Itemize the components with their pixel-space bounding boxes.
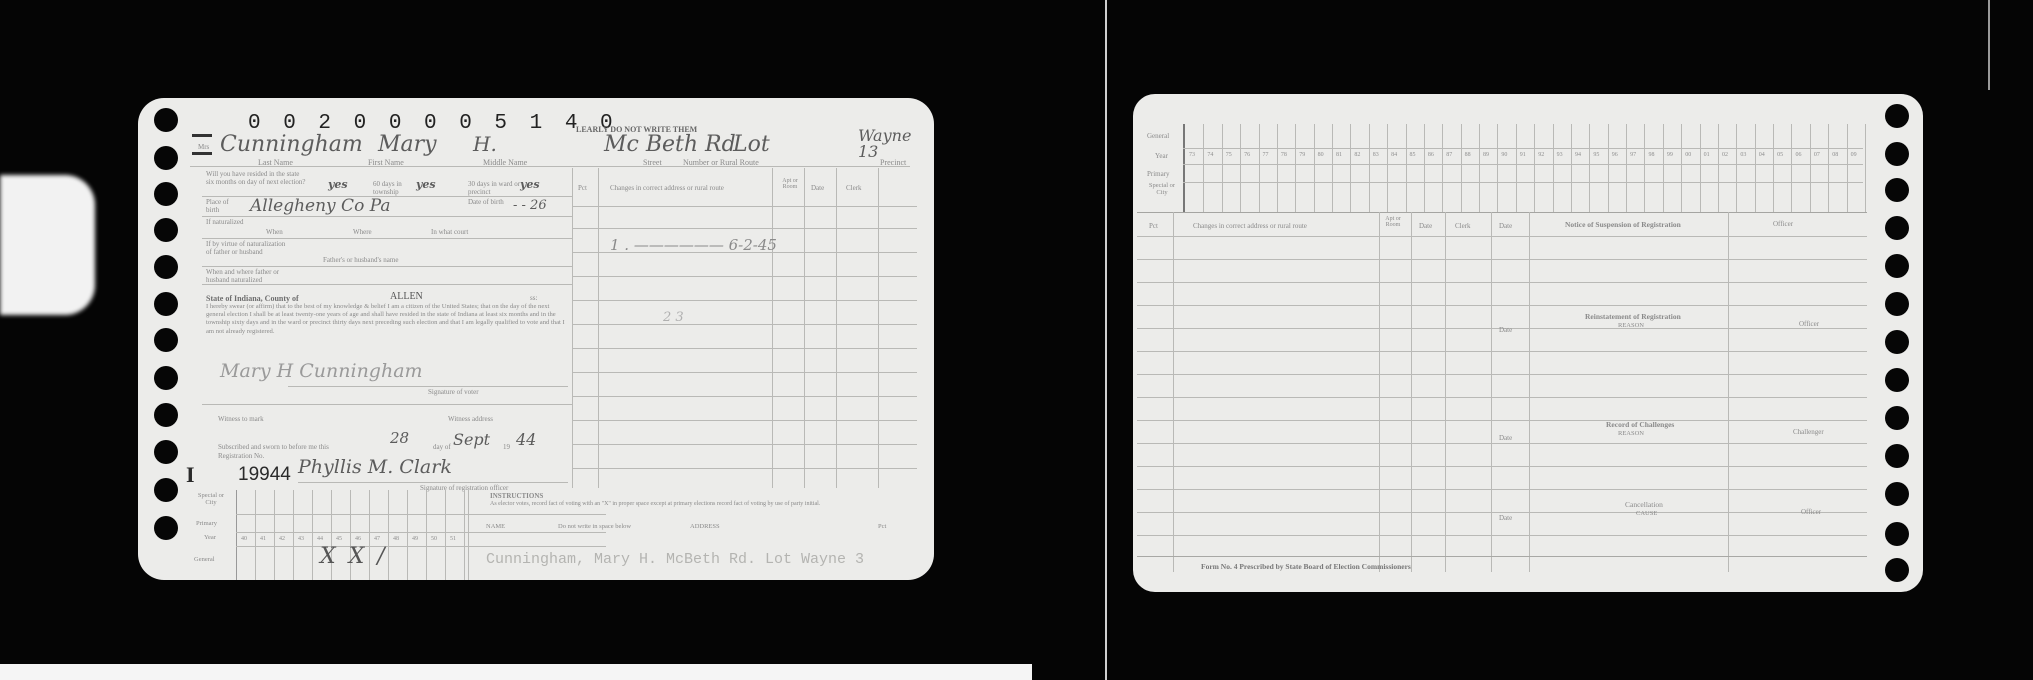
- residency-township-answer: yes: [416, 178, 436, 191]
- address-change-entry-1: 1 . —————— 6-2-45: [610, 236, 777, 254]
- cancellation-officer-label: Officer: [1801, 508, 1821, 516]
- naturalized-court-label: In what court: [431, 228, 468, 236]
- punch-hole: [154, 108, 178, 132]
- year-prefix: 19: [503, 443, 510, 451]
- col-header-changes: Changes in correct address or rural rout…: [610, 184, 724, 192]
- challenges-reason: REASON: [1618, 430, 1644, 437]
- year-cell: 40: [241, 536, 247, 542]
- grid-row-primary: Primary: [196, 520, 217, 527]
- grid-column-divider: [426, 490, 427, 580]
- middle-name-value: H.: [473, 132, 497, 156]
- ledger-row-line: [1137, 236, 1867, 237]
- punch-hole: [1885, 558, 1909, 582]
- grid-column-divider: [1534, 124, 1535, 212]
- grid-row-general: General: [194, 556, 215, 563]
- punch-hole: [154, 478, 178, 502]
- year-cell: 91: [1520, 152, 1526, 158]
- grid-row-special: Special or City: [1145, 182, 1179, 196]
- grid-column-divider: [1571, 124, 1572, 212]
- first-name-label: First Name: [368, 158, 404, 167]
- reinstatement-date-label: Date: [1499, 326, 1512, 334]
- registration-number: 19944: [238, 464, 291, 486]
- grid-column-divider: [1589, 124, 1590, 212]
- voter-signature: Mary H Cunningham: [220, 360, 423, 382]
- punch-hole: [1885, 254, 1909, 278]
- grid-column-divider: [1700, 124, 1701, 212]
- officer-signature: Phyllis M. Clark: [298, 456, 452, 478]
- year-cell: 87: [1446, 152, 1452, 158]
- punch-hole: [1885, 406, 1909, 430]
- number-label: Number or Rural Route: [683, 158, 759, 167]
- voter-signature-label: Signature of voter: [428, 388, 479, 396]
- grid-column-divider: [407, 490, 408, 580]
- year-cell: 82: [1354, 152, 1360, 158]
- challenges-challenger-label: Challenger: [1793, 428, 1824, 436]
- grid-column-divider: [1791, 124, 1792, 212]
- when-where-label: When and where father or husband natural…: [206, 268, 286, 284]
- punch-hole: [154, 366, 178, 390]
- year-cell: 90: [1501, 152, 1507, 158]
- suspension-title: Notice of Suspension of Registration: [1565, 220, 1681, 229]
- grid-column-divider: [1203, 124, 1204, 212]
- year-cell: 50: [431, 536, 437, 542]
- instructions-name-label: NAME: [486, 523, 505, 530]
- frame-divider: [1105, 0, 1107, 680]
- grid-column-divider: [1222, 124, 1223, 212]
- address-change-entry-2: 2 3: [663, 310, 684, 325]
- punch-hole: [154, 403, 178, 427]
- last-name-value: Cunningham: [220, 132, 363, 157]
- oath-ss: ss:: [530, 294, 537, 302]
- grid-column-divider: [1847, 124, 1848, 212]
- year-cell: 47: [374, 536, 380, 542]
- year-cell: 80: [1318, 152, 1324, 158]
- grid-column-divider: [1314, 124, 1315, 212]
- grid-column-divider: [1736, 124, 1737, 212]
- street-value: Mc Beth Rd: [604, 132, 736, 157]
- punch-hole: [1885, 482, 1909, 506]
- ledger-row-line: [1137, 397, 1867, 398]
- punch-hole: [154, 182, 178, 206]
- registration-card-front: 0 0 2 0 0 0 0 5 1 4 0 LEARLY DO NOT WRIT…: [138, 98, 934, 580]
- subscribed-month: Sept: [453, 430, 490, 449]
- grid-column-divider: [1277, 124, 1278, 212]
- year-cell: 81: [1336, 152, 1342, 158]
- grid-column-divider: [1865, 124, 1866, 212]
- cancellation-date-label: Date: [1499, 514, 1512, 522]
- year-cell: 06: [1795, 152, 1801, 158]
- instructions-text: As elector votes, record fact of voting …: [490, 501, 910, 508]
- year-cell: 42: [279, 536, 285, 542]
- punch-hole: [154, 328, 178, 352]
- witness-label: Witness to mark: [218, 415, 264, 423]
- middle-name-label: Middle Name: [483, 158, 527, 167]
- place-of-birth-label: Place of birth: [206, 198, 242, 214]
- col-header-apt: Apt or Room: [1379, 216, 1407, 228]
- year-cell: 51: [450, 536, 456, 542]
- punch-hole: [154, 218, 178, 242]
- year-cell: 85: [1410, 152, 1416, 158]
- year-cell: 03: [1740, 152, 1746, 158]
- year-cell: 79: [1299, 152, 1305, 158]
- scan-glare: [0, 175, 95, 315]
- punch-hole: [1885, 330, 1909, 354]
- punch-hole: [154, 255, 178, 279]
- punch-hole: [1885, 292, 1909, 316]
- year-cell: 44: [317, 536, 323, 542]
- naturalized-when-label: When: [266, 228, 283, 236]
- year-cell: 48: [393, 536, 399, 542]
- grid-column-divider: [1332, 124, 1333, 212]
- grid-column-divider: [1295, 124, 1296, 212]
- strike-marks: [192, 134, 212, 137]
- year-cell: 73: [1189, 152, 1195, 158]
- grid-row-general: General: [1147, 132, 1169, 140]
- year-cell: 94: [1575, 152, 1581, 158]
- residency-state-answer: yes: [328, 178, 348, 191]
- col-header-changes: Changes in correct address or rural rout…: [1193, 222, 1307, 230]
- subscribed-year: 44: [516, 430, 536, 449]
- year-cell: 49: [412, 536, 418, 542]
- grid-column-divider: [1773, 124, 1774, 212]
- prefix-label: Mrs: [198, 143, 209, 151]
- year-cell: 76: [1244, 152, 1250, 158]
- residency-state-question: Will you have resided in the state six m…: [206, 170, 306, 186]
- grid-column-divider: [1553, 124, 1554, 212]
- day-of-label: day of: [433, 443, 451, 451]
- year-cell: 97: [1630, 152, 1636, 158]
- naturalized-where-label: Where: [353, 228, 372, 236]
- grid-column-divider: [1644, 124, 1645, 212]
- year-cell: 05: [1777, 152, 1783, 158]
- year-cell: 02: [1722, 152, 1728, 158]
- col-header-pct: Pct: [1149, 222, 1158, 230]
- ledger-row-line: [1137, 489, 1867, 490]
- grid-column-divider: [445, 490, 446, 580]
- precinct-value: Wayne 13: [858, 128, 918, 160]
- year-cell: 07: [1814, 152, 1820, 158]
- instructions-address-label: ADDRESS: [690, 523, 720, 530]
- grid-column-divider: [1442, 124, 1443, 212]
- place-of-birth-value: Allegheny Co Pa: [250, 196, 391, 216]
- series-letter: I: [186, 462, 195, 488]
- grid-column-divider: [312, 490, 313, 580]
- oath-text: I hereby swear (or affirm) that to the b…: [206, 303, 566, 336]
- year-cell: 74: [1207, 152, 1213, 158]
- naturalized-label: If naturalized: [206, 218, 246, 226]
- residency-ward-answer: yes: [520, 178, 540, 191]
- year-cell: 43: [298, 536, 304, 542]
- grid-row-special: Special or City: [196, 492, 226, 506]
- typed-index-line: Cunningham, Mary H. McBeth Rd. Lot Wayne…: [486, 551, 864, 568]
- witness-address-label: Witness address: [448, 415, 493, 423]
- punch-hole: [154, 440, 178, 464]
- year-cell: 75: [1226, 152, 1232, 158]
- cancellation-cause: CAUSE: [1636, 510, 1657, 517]
- ledger-row-line: [1137, 466, 1867, 467]
- year-cell: 08: [1832, 152, 1838, 158]
- punch-hole: [154, 292, 178, 316]
- grid-column-divider: [1497, 124, 1498, 212]
- grid-column-divider: [293, 490, 294, 580]
- grid-row-primary: Primary: [1147, 170, 1170, 178]
- grid-column-divider: [1479, 124, 1480, 212]
- ledger-row-line: [1137, 374, 1867, 375]
- year-cell: 93: [1557, 152, 1563, 158]
- year-cell: 99: [1667, 152, 1673, 158]
- grid-column-divider: [1461, 124, 1462, 212]
- grid-column-divider: [274, 490, 275, 580]
- ledger-row-line: [1137, 305, 1867, 306]
- year-cell: 77: [1263, 152, 1269, 158]
- grid-column-divider: [1828, 124, 1829, 212]
- year-cell: 78: [1281, 152, 1287, 158]
- by-virtue-label: If by virtue of naturalization of father…: [206, 240, 286, 256]
- year-cell: 98: [1648, 152, 1654, 158]
- subscribed-day: 28: [390, 429, 409, 447]
- instructions-do-not-write: Do not write in space below: [558, 523, 631, 530]
- grid-column-divider: [1424, 124, 1425, 212]
- punch-hole: [1885, 178, 1909, 202]
- grid-column-divider: [1387, 124, 1388, 212]
- punch-hole: [1885, 142, 1909, 166]
- reinstatement-title: Reinstatement of Registration: [1585, 312, 1681, 321]
- ledger-row-line: [1137, 512, 1867, 513]
- col-header-date: Date: [1419, 222, 1432, 230]
- col-header-clerk: Clerk: [1455, 222, 1471, 230]
- cancellation-title: Cancellation: [1625, 500, 1663, 509]
- punch-hole: [1885, 444, 1909, 468]
- year-cell: 01: [1704, 152, 1710, 158]
- col-header-apt: Apt or Room: [776, 178, 804, 190]
- instructions-pct-label: Pct: [878, 523, 886, 530]
- grid-column-divider: [1810, 124, 1811, 212]
- grid-column-divider: [388, 490, 389, 580]
- punch-hole: [154, 146, 178, 170]
- ledger-row-line: [1137, 282, 1867, 283]
- ledger-row-line: [1137, 535, 1867, 536]
- year-cell: 00: [1685, 152, 1691, 158]
- punch-hole: [1885, 216, 1909, 240]
- grid-column-divider: [255, 490, 256, 580]
- date-of-birth-label: Date of birth: [468, 198, 504, 206]
- first-name-value: Mary: [378, 132, 437, 157]
- grid-column-divider: [1718, 124, 1719, 212]
- year-cell: 09: [1851, 152, 1857, 158]
- ledger-row-line: [1137, 420, 1867, 421]
- suspension-date-label: Date: [1499, 222, 1512, 230]
- street-label: Street: [643, 158, 662, 167]
- year-cell: 88: [1465, 152, 1471, 158]
- ledger-row-line: [1137, 351, 1867, 352]
- year-cell: 45: [336, 536, 342, 542]
- year-cell: 95: [1593, 152, 1599, 158]
- form-footer: Form No. 4 Prescribed by State Board of …: [1201, 562, 1411, 571]
- year-cell: 46: [355, 536, 361, 542]
- grid-column-divider: [1369, 124, 1370, 212]
- challenges-title: Record of Challenges: [1606, 420, 1674, 429]
- year-cell: 89: [1483, 152, 1489, 158]
- scan-white-strip: [0, 664, 1032, 680]
- subscribed-text: Subscribed and sworn to before me this: [218, 443, 329, 451]
- grid-row-year: Year: [1155, 152, 1168, 160]
- col-header-pct: Pct: [578, 184, 587, 192]
- col-header-clerk: Clerk: [846, 184, 862, 192]
- grid-column-divider: [1663, 124, 1664, 212]
- grid-column-divider: [1516, 124, 1517, 212]
- fathers-name-label: Father's or husband's name: [323, 256, 398, 264]
- ledger-row-line: [1137, 259, 1867, 260]
- precinct-label: Precinct: [880, 158, 906, 167]
- oath-county: ALLEN: [390, 291, 423, 302]
- grid-column-divider: [1259, 124, 1260, 212]
- year-cell: 41: [260, 536, 266, 542]
- last-name-label: Last Name: [258, 158, 293, 167]
- col-header-date: Date: [811, 184, 824, 192]
- ledger-row-line: [1137, 443, 1867, 444]
- grid-column-divider: [464, 490, 465, 580]
- year-cell: 96: [1612, 152, 1618, 158]
- reinstatement-reason: REASON: [1618, 322, 1644, 329]
- grid-column-divider: [1240, 124, 1241, 212]
- registration-label: Registration No.: [218, 452, 264, 460]
- year-cell: 86: [1428, 152, 1434, 158]
- grid-column-divider: [1681, 124, 1682, 212]
- oath-state-line: State of Indiana, County of: [206, 294, 299, 303]
- year-cell: 92: [1538, 152, 1544, 158]
- grid-column-divider: [1626, 124, 1627, 212]
- year-cell: 83: [1373, 152, 1379, 158]
- punch-hole: [1885, 368, 1909, 392]
- registration-card-back: General Year Primary Special or City 737…: [1133, 94, 1923, 592]
- challenges-date-label: Date: [1499, 434, 1512, 442]
- punch-hole: [1885, 522, 1909, 546]
- date-of-birth-value: - - 26: [513, 198, 547, 213]
- vote-marks: X X /: [320, 544, 388, 569]
- strike-marks: [192, 152, 212, 155]
- year-cell: 04: [1759, 152, 1765, 158]
- punch-hole: [154, 516, 178, 540]
- instructions-title: INSTRUCTIONS: [490, 492, 543, 500]
- reinstatement-officer-label: Officer: [1799, 320, 1819, 328]
- punch-hole: [1885, 104, 1909, 128]
- frame-edge-right: [1988, 0, 1990, 90]
- grid-column-divider: [1755, 124, 1756, 212]
- grid-column-divider: [1608, 124, 1609, 212]
- grid-column-divider: [1350, 124, 1351, 212]
- number-value: Lot: [733, 132, 770, 157]
- year-cell: 84: [1391, 152, 1397, 158]
- grid-column-divider: [1406, 124, 1407, 212]
- grid-row-year: Year: [204, 534, 216, 541]
- suspension-officer-label: Officer: [1773, 220, 1793, 228]
